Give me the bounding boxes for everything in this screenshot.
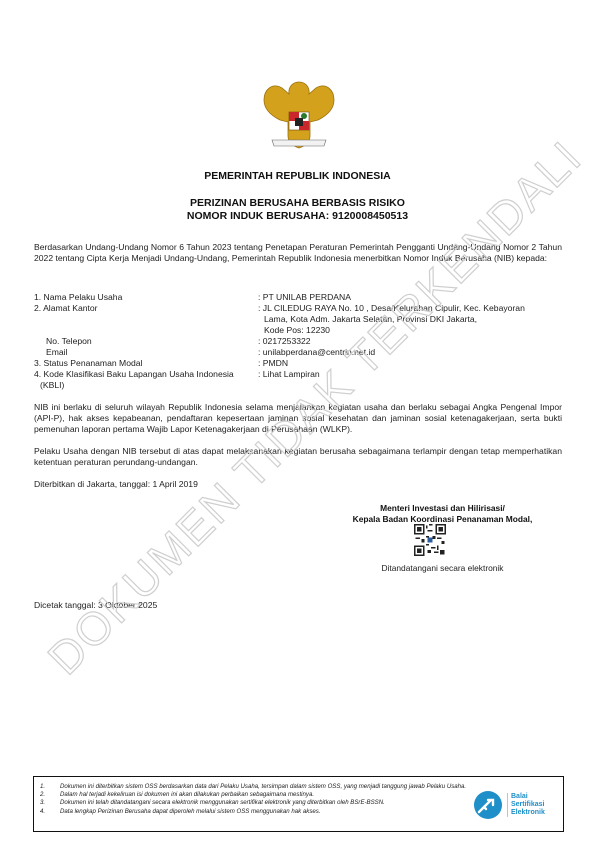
- field-label-nama: 1. Nama Pelaku Usaha: [34, 292, 254, 303]
- document-title: PERIZINAN BERUSAHA BERBASIS RISIKO: [0, 197, 595, 209]
- field-value-status: : PMDN: [258, 358, 563, 369]
- printed-date: Dicetak tanggal: 3 Oktober 2025: [34, 600, 562, 611]
- permission-paragraph: Pelaku Usaha dengan NIB tersebut di atas…: [34, 446, 562, 468]
- footer-notes-box: 1.Dokumen ini diterbitkan sistem OSS ber…: [33, 776, 564, 832]
- field-value-alamat-line3: Kode Pos: 12230: [264, 325, 569, 336]
- qr-code-icon: [414, 524, 446, 556]
- field-label-telepon: No. Telepon: [46, 336, 266, 347]
- garuda-emblem-icon: [258, 76, 340, 156]
- issued-date: Diterbitkan di Jakarta, tanggal: 1 April…: [34, 479, 562, 490]
- validity-paragraph: NIB ini berlaku di seluruh wilayah Repub…: [34, 402, 562, 436]
- field-value-alamat-line1: : JL CILEDUG RAYA No. 10 , Desa/Keluraha…: [258, 303, 563, 314]
- electronic-signature-note: Ditandatangani secara elektronik: [315, 563, 570, 573]
- bsre-logo-text: Balai Sertifikasi Elektronik: [507, 793, 545, 817]
- footer-note: 4.Data lengkap Perizinan Berusaha dapat …: [40, 808, 480, 816]
- field-label-alamat: 2. Alamat Kantor: [34, 303, 254, 314]
- field-label-kbli-line2: (KBLI): [40, 380, 260, 391]
- nib-number: NOMOR INDUK BERUSAHA: 9120008450513: [0, 210, 595, 222]
- footer-notes-list: 1.Dokumen ini diterbitkan sistem OSS ber…: [40, 783, 480, 816]
- footer-note: 2.Dalam hal terjadi kekeliruan isi dokum…: [40, 791, 480, 799]
- field-label-status: 3. Status Penanaman Modal: [34, 358, 254, 369]
- field-value-kbli: : Lihat Lampiran: [258, 369, 563, 380]
- field-label-email: Email: [46, 347, 266, 358]
- field-value-nama: : PT UNILAB PERDANA: [258, 292, 563, 303]
- bsre-logo: Balai Sertifikasi Elektronik: [473, 783, 553, 827]
- bsre-key-icon: [473, 790, 503, 820]
- signatory-title-line1: Menteri Investasi dan Hilirisasi/: [315, 503, 570, 514]
- footer-note: 1.Dokumen ini diterbitkan sistem OSS ber…: [40, 783, 480, 791]
- government-heading: PEMERINTAH REPUBLIK INDONESIA: [0, 170, 595, 182]
- intro-paragraph: Berdasarkan Undang-Undang Nomor 6 Tahun …: [34, 242, 562, 264]
- field-label-kbli-line1: 4. Kode Klasifikasi Baku Lapangan Usaha …: [34, 369, 254, 380]
- field-value-telepon: : 0217253322: [258, 336, 563, 347]
- field-value-email: : unilabperdana@centrin.net.id: [258, 347, 563, 358]
- footer-note: 3.Dokumen ini telah ditandatangani secar…: [40, 799, 480, 807]
- field-value-alamat-line2: Lama, Kota Adm. Jakarta Selatan, Provins…: [264, 314, 569, 325]
